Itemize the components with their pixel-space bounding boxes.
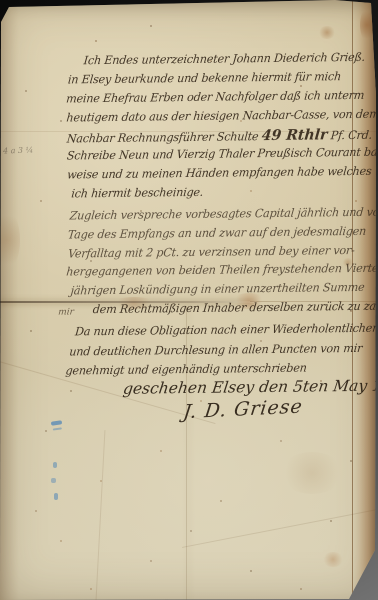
text-line: dem Rechtmäßigen Inhaber derselben zurüc… <box>92 298 378 316</box>
paper-sheet: 4 a 3 ¼ Ich Endes unterzeichneter Johann… <box>0 0 378 600</box>
text-line: weise und zu meinen Händen empfangen hab… <box>67 164 373 182</box>
text-line: und deutlichen Durchlesung in allen Punc… <box>69 341 363 359</box>
handwritten-text-block: Ich Endes unterzeichneter Johann Diederi… <box>0 0 378 600</box>
text-segment: Nachbar Rechnungsführer Schulte <box>66 129 262 145</box>
signature: J. D. Griese <box>182 395 304 423</box>
text-line: genehmigt und eigenhändig unterschrieben <box>65 361 307 378</box>
text-line: jährigen Loskündigung in einer unzerthei… <box>70 280 365 298</box>
text-line: Ich Endes unterzeichneter Johann Diederi… <box>83 50 366 67</box>
text-line: Schreibe Neun und Vierzig Thaler Preußis… <box>66 144 378 162</box>
amount-value: 49 Rthlr <box>261 126 328 144</box>
text-line: Nachbar Rechnungsführer Schulte 49 Rthlr… <box>66 126 373 147</box>
text-line: Verfalltag mit 2 pCt. zu verzinsen und b… <box>68 243 356 261</box>
text-line: heutigem dato aus der hiesigen Nachbar-C… <box>66 107 378 125</box>
text-segment: Pf. Crd. <box>327 128 373 143</box>
text-line: meine Ehefrau Erben oder Nachfolger daß … <box>66 88 365 106</box>
foxing-speckles <box>0 0 2 2</box>
scanned-document-page: 4 a 3 ¼ Ich Endes unterzeichneter Johann… <box>0 0 378 600</box>
text-line: in Elsey beurkunde und bekenne hiermit f… <box>67 69 341 86</box>
dateline: geschehen Elsey den 5ten May 1832. <box>122 376 378 398</box>
text-line: Da nun diese Obligation nach einer Wiede… <box>74 321 378 339</box>
text-line: hergegangenen von beiden Theilen freyste… <box>66 261 378 279</box>
text-line: Zugleich verspreche vorbesagtes Capital … <box>69 205 378 223</box>
marginal-insertion: mir <box>58 307 75 317</box>
text-line: ich hiermit bescheinige. <box>71 185 204 201</box>
text-line: Tage des Empfangs an und zwar auf den je… <box>67 224 367 242</box>
